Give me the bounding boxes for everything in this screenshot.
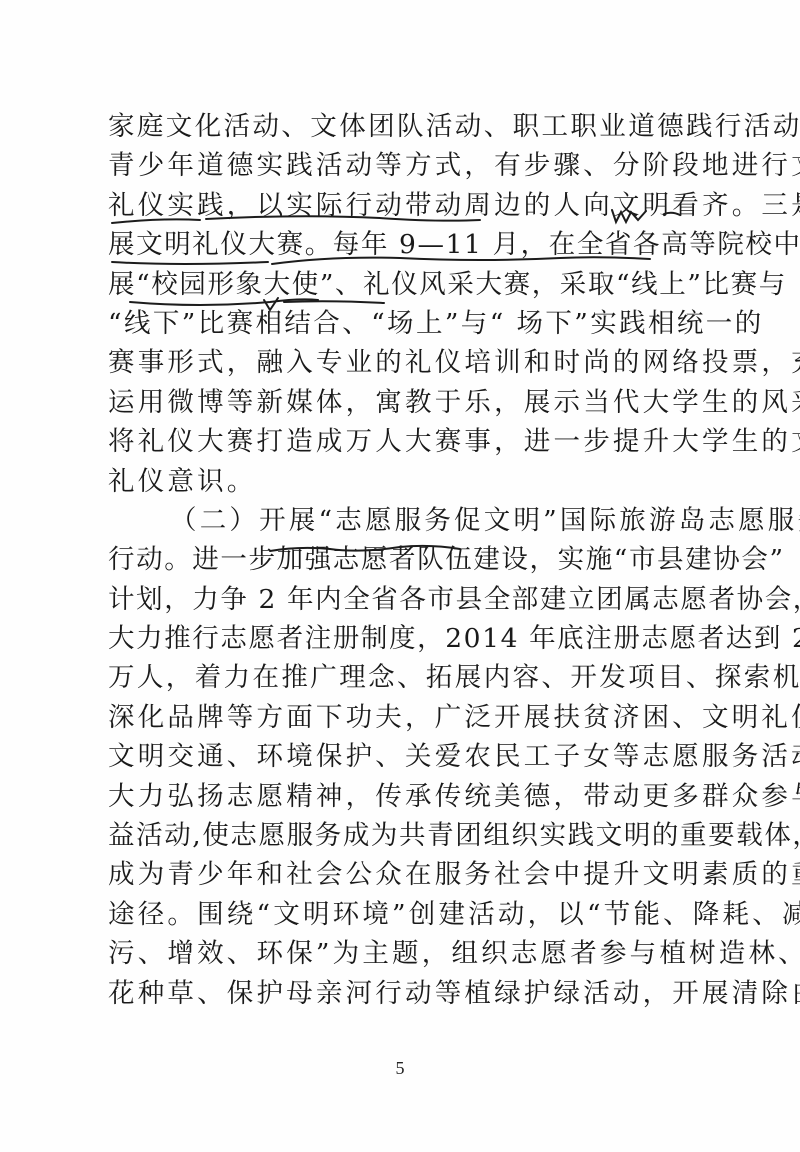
text-line: 赛事形式，融入专业的礼仪培训和时尚的网络投票，充分 bbox=[108, 343, 698, 382]
text-line: 途径。围绕“文明环境”创建活动，以“节能、降耗、减 bbox=[108, 895, 698, 934]
text-line: 大力推行志愿者注册制度，2014 年底注册志愿者达到 26 bbox=[108, 619, 698, 658]
text-line: 运用微博等新媒体，寓教于乐，展示当代大学生的风采， bbox=[108, 383, 698, 422]
text-line: 礼仪实践，以实际行动带动周边的人向文明看齐。三是开 bbox=[108, 186, 698, 225]
text-line: 花种草、保护母亲河行动等植绿护绿活动，开展清除白色 bbox=[108, 974, 698, 1013]
body-text: 家庭文化活动、文体团队活动、职工职业道德践行活动、 青少年道德实践活动等方式，有… bbox=[108, 107, 698, 1013]
document-page: 家庭文化活动、文体团队活动、职工职业道德践行活动、 青少年道德实践活动等方式，有… bbox=[0, 0, 800, 1152]
text-line: 家庭文化活动、文体团队活动、职工职业道德践行活动、 bbox=[108, 107, 698, 146]
section-heading-line: （二）开展“志愿服务促文明”国际旅游岛志愿服务 bbox=[108, 501, 698, 540]
text-line: 将礼仪大赛打造成万人大赛事，进一步提升大学生的文明 bbox=[108, 422, 698, 461]
text-line: 成为青少年和社会公众在服务社会中提升文明素质的重要 bbox=[108, 855, 698, 894]
text-line: 展“校园形象大使”、礼仪风采大赛，采取“线上”比赛与 bbox=[108, 265, 698, 304]
text-line: 展文明礼仪大赛。每年 9—11 月，在全省各高等院校中开 bbox=[108, 225, 698, 264]
text-line: “线下”比赛相结合、“场上”与“ 场下”实践相统一的 bbox=[108, 304, 698, 343]
text-line: 深化品牌等方面下功夫，广泛开展扶贫济困、文明礼仪、 bbox=[108, 698, 698, 737]
page-number: 5 bbox=[0, 1058, 800, 1079]
text-line: 污、增效、环保”为主题，组织志愿者参与植树造林、护 bbox=[108, 934, 698, 973]
text-line: 益活动,使志愿服务成为共青团组织实践文明的重要载体， bbox=[108, 816, 698, 855]
text-line: 大力弘扬志愿精神，传承传统美德，带动更多群众参与公 bbox=[108, 777, 698, 816]
text-line: 文明交通、环境保护、关爱农民工子女等志愿服务活动， bbox=[108, 737, 698, 776]
text-line: 礼仪意识。 bbox=[108, 462, 698, 501]
text-line: 计划，力争 2 年内全省各市县全部建立团属志愿者协会， bbox=[108, 580, 698, 619]
text-line: 青少年道德实践活动等方式，有步骤、分阶段地进行文明 bbox=[108, 146, 698, 185]
text-line: 行动。进一步加强志愿者队伍建设，实施“市县建协会” bbox=[108, 540, 698, 579]
text-line: 万人，着力在推广理念、拓展内容、开发项目、探索机制、 bbox=[108, 658, 698, 697]
